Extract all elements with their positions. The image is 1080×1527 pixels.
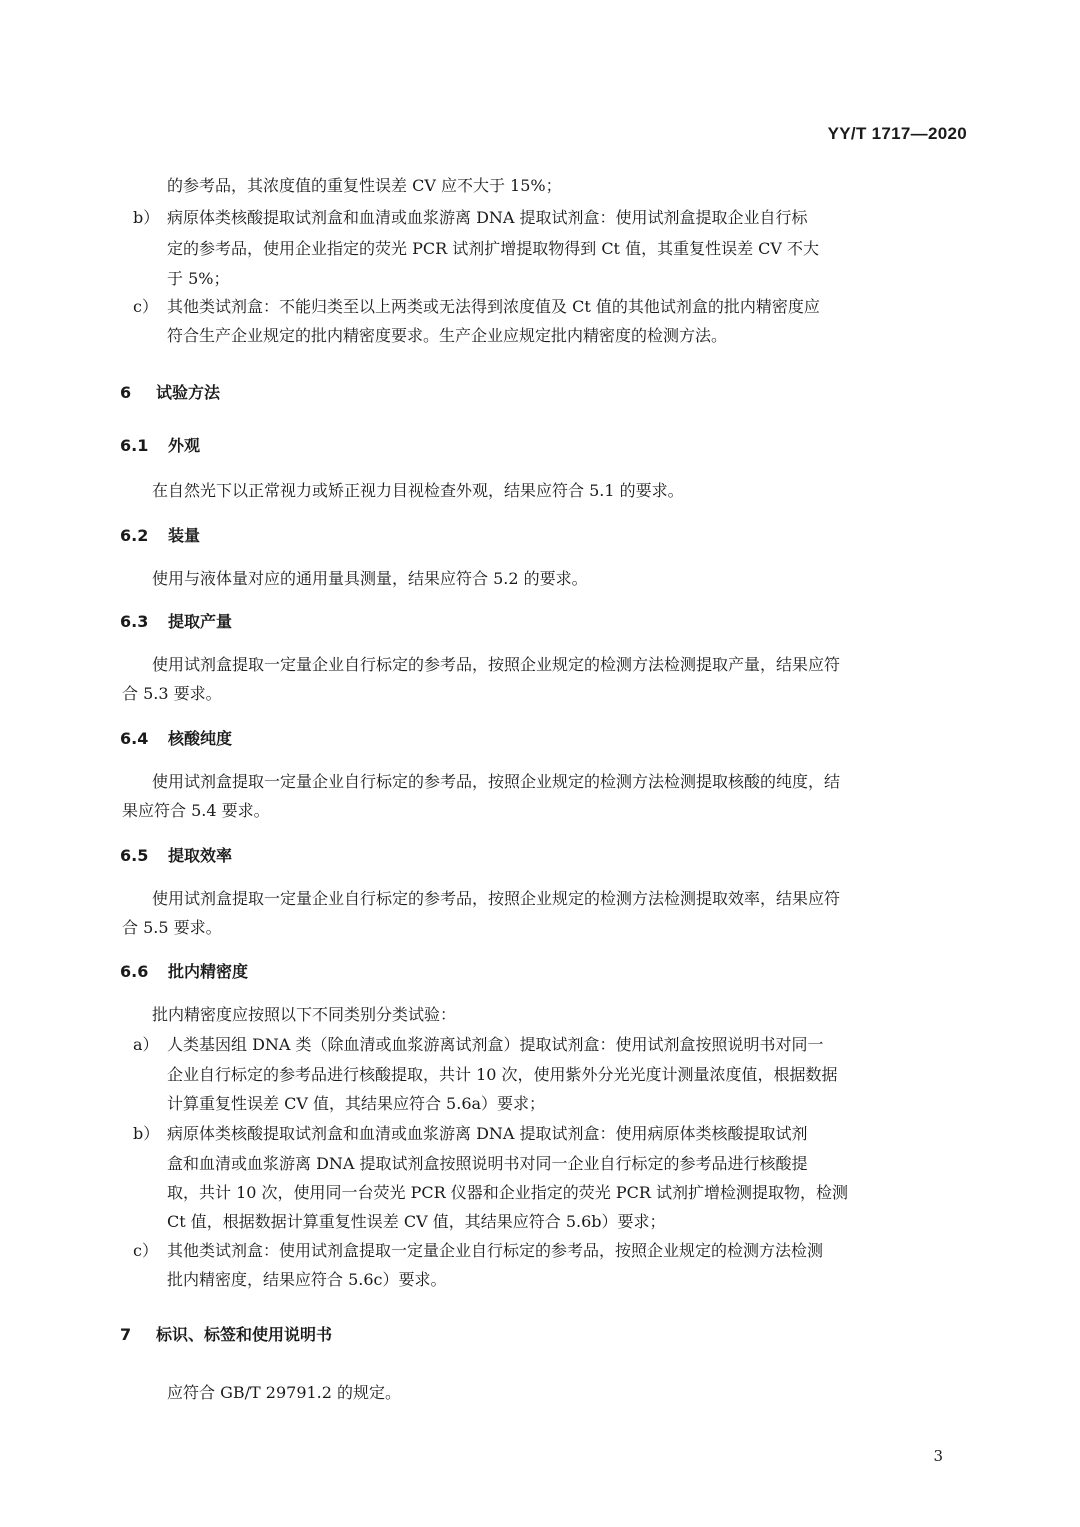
list-marker-b: b）: [133, 1124, 159, 1144]
subsection-number: 6.6: [120, 962, 168, 982]
section-7-heading: 7标识、标签和使用说明书: [120, 1325, 332, 1345]
list-marker-c: c）: [133, 297, 158, 317]
paragraph-6-3-line-1: 使用试剂盒提取一定量企业自行标定的参考品，按照企业规定的检测方法检测提取产量，结…: [152, 655, 840, 675]
paragraph-6-5-line-1: 使用试剂盒提取一定量企业自行标定的参考品，按照企业规定的检测方法检测提取效率，结…: [152, 889, 840, 909]
subsection-6-1-heading: 6.1外观: [120, 436, 200, 456]
continued-b-line-3: 于 5%；: [167, 269, 229, 289]
precision-a-line-3: 计算重复性误差 CV 值，其结果应符合 5.6a）要求；: [167, 1094, 545, 1114]
precision-c-line-2: 批内精密度，结果应符合 5.6c）要求。: [167, 1270, 447, 1290]
subsection-title: 外观: [168, 436, 200, 455]
page-number: 3: [933, 1447, 943, 1465]
section-title: 标识、标签和使用说明书: [156, 1325, 332, 1344]
subsection-title: 提取产量: [168, 612, 232, 631]
subsection-6-5-heading: 6.5提取效率: [120, 846, 232, 866]
list-marker-a: a）: [133, 1035, 159, 1055]
subsection-number: 6.4: [120, 729, 168, 749]
subsection-6-4-heading: 6.4核酸纯度: [120, 729, 232, 749]
precision-a-line-1: 人类基因组 DNA 类（除血清或血浆游离试剂盒）提取试剂盒：使用试剂盒按照说明书…: [167, 1035, 824, 1055]
subsection-title: 装量: [168, 526, 200, 545]
precision-b-line-1: 病原体类核酸提取试剂盒和血清或血浆游离 DNA 提取试剂盒：使用病原体类核酸提取…: [167, 1124, 808, 1144]
paragraph-6-4-line-2: 果应符合 5.4 要求。: [122, 801, 270, 821]
paragraph-6-4-line-1: 使用试剂盒提取一定量企业自行标定的参考品，按照企业规定的检测方法检测提取核酸的纯…: [152, 772, 840, 792]
subsection-6-3-heading: 6.3提取产量: [120, 612, 232, 632]
section-number: 7: [120, 1325, 156, 1345]
subsection-number: 6.2: [120, 526, 168, 546]
continued-c-line-1: 其他类试剂盒：不能归类至以上两类或无法得到浓度值及 Ct 值的其他试剂盒的批内精…: [167, 297, 820, 317]
paragraph-6-6-intro: 批内精密度应按照以下不同类别分类试验：: [152, 1005, 456, 1025]
subsection-title: 提取效率: [168, 846, 232, 865]
document-page: YY/T 1717—2020 的参考品，其浓度值的重复性误差 CV 应不大于 1…: [0, 0, 1080, 1527]
precision-b-line-2: 盒和血清或血浆游离 DNA 提取试剂盒按照说明书对同一企业自行标定的参考品进行核…: [167, 1154, 808, 1174]
continued-a-tail: 的参考品，其浓度值的重复性误差 CV 应不大于 15%；: [167, 176, 562, 196]
continued-b-line-2: 定的参考品，使用企业指定的荧光 PCR 试剂扩增提取物得到 Ct 值，其重复性误…: [167, 239, 819, 259]
paragraph-6-3-line-2: 合 5.3 要求。: [122, 684, 222, 704]
list-marker-c: c）: [133, 1241, 158, 1261]
section-6-heading: 6试验方法: [120, 383, 220, 403]
standard-code: YY/T 1717—2020: [828, 124, 967, 144]
precision-b-line-4: Ct 值，根据数据计算重复性误差 CV 值，其结果应符合 5.6b）要求；: [167, 1212, 666, 1232]
continued-c-line-2: 符合生产企业规定的批内精密度要求。生产企业应规定批内精密度的检测方法。: [167, 326, 727, 346]
paragraph-6-5-line-2: 合 5.5 要求。: [122, 918, 222, 938]
precision-b-line-3: 取，共计 10 次，使用同一台荧光 PCR 仪器和企业指定的荧光 PCR 试剂扩…: [167, 1183, 848, 1203]
subsection-6-2-heading: 6.2装量: [120, 526, 200, 546]
precision-a-line-2: 企业自行标定的参考品进行核酸提取，共计 10 次，使用紫外分光光度计测量浓度值，…: [167, 1065, 838, 1085]
paragraph-7: 应符合 GB/T 29791.2 的规定。: [167, 1383, 401, 1403]
subsection-6-6-heading: 6.6批内精密度: [120, 962, 248, 982]
subsection-number: 6.1: [120, 436, 168, 456]
subsection-number: 6.3: [120, 612, 168, 632]
section-number: 6: [120, 383, 156, 403]
paragraph-6-2: 使用与液体量对应的通用量具测量，结果应符合 5.2 的要求。: [152, 569, 588, 589]
subsection-title: 批内精密度: [168, 962, 248, 981]
list-marker-b: b）: [133, 208, 159, 228]
subsection-title: 核酸纯度: [168, 729, 232, 748]
precision-c-line-1: 其他类试剂盒：使用试剂盒提取一定量企业自行标定的参考品，按照企业规定的检测方法检…: [167, 1241, 823, 1261]
subsection-number: 6.5: [120, 846, 168, 866]
paragraph-6-1: 在自然光下以正常视力或矫正视力目视检查外观，结果应符合 5.1 的要求。: [152, 481, 684, 501]
continued-b-line-1: 病原体类核酸提取试剂盒和血清或血浆游离 DNA 提取试剂盒：使用试剂盒提取企业自…: [167, 208, 808, 228]
section-title: 试验方法: [156, 383, 220, 402]
